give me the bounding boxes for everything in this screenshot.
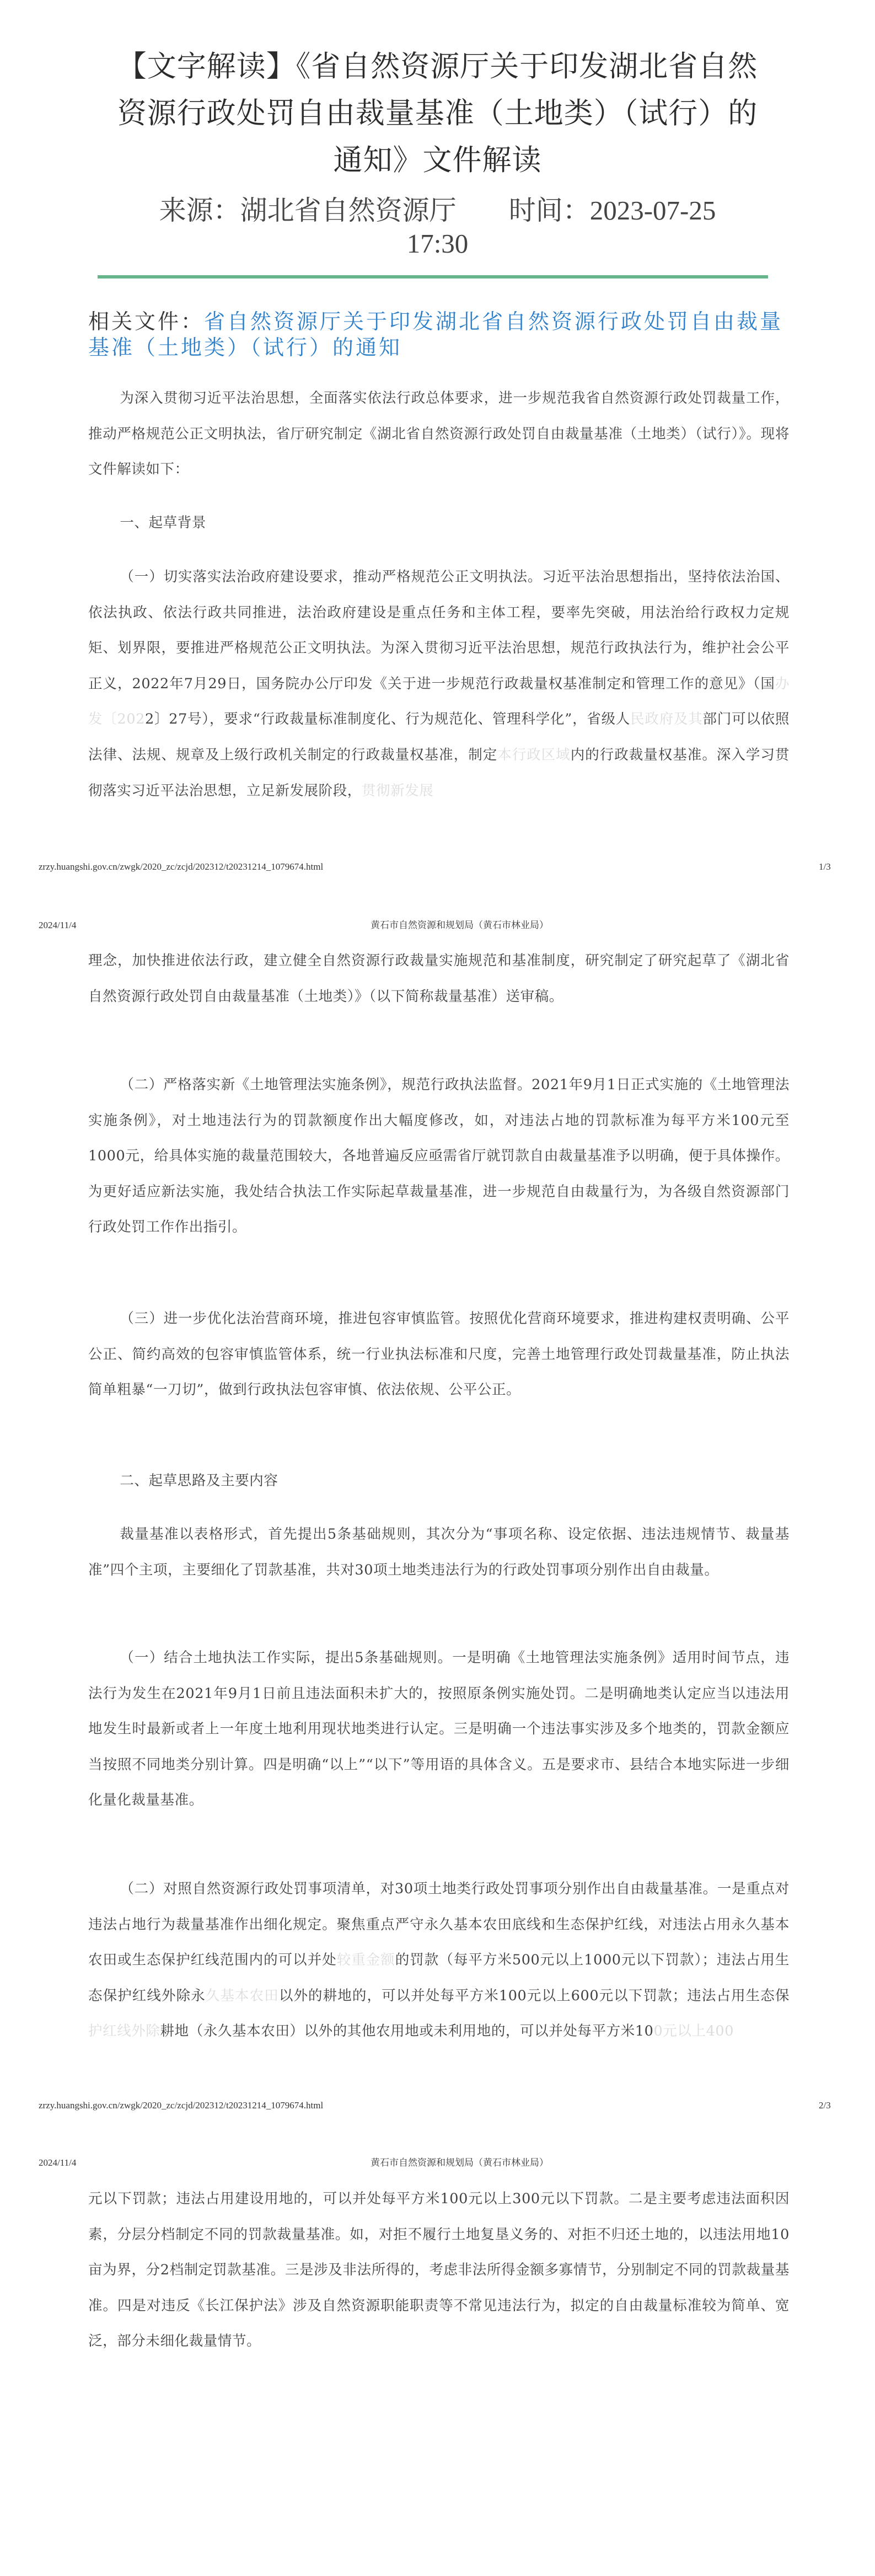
- title-divider: [98, 275, 768, 279]
- title-line-3: 通知》文件解读: [88, 137, 787, 184]
- time-date: 2023-07-25: [590, 195, 716, 226]
- related-file-label: 相关文件：: [88, 309, 204, 334]
- print-footer-url: zrzy.huangshi.gov.cn/zwgk/2020_zc/zcjd/2…: [39, 2100, 323, 2111]
- approach-paragraph: 裁量基准以表格形式，首先提出5条基础规则，其次分为“事项名称、设定依据、违法违规…: [88, 1517, 790, 1588]
- time-label: 时间：: [509, 195, 590, 226]
- related-file: 相关文件：省自然资源厅关于印发湖北省自然资源行政处罚自由裁量基准（土地类）（试行…: [88, 309, 791, 361]
- standards-paragraph: （二）对照自然资源行政处罚事项清单，对30项土地类行政处罚事项分别作出自由裁量基…: [88, 1871, 790, 2049]
- background-paragraph-1: （一）切实落实法治政府建设要求，推动严格规范公正文明执法。习近平法治思想指出，坚…: [88, 559, 790, 808]
- print-page-number: 1/3: [819, 861, 831, 872]
- print-page-number: 2/3: [819, 2100, 831, 2111]
- background-paragraph-2: （二）严格落实新《土地管理法实施条例》，规范行政执法监督。2021年9月1日正式…: [88, 1067, 790, 1245]
- intro-paragraph: 为深入贯彻习近平法治思想，全面落实依法行政总体要求，进一步规范我省自然资源行政处…: [88, 381, 790, 488]
- time-info: 时间：2023-07-25: [509, 194, 716, 227]
- print-footer-url: zrzy.huangshi.gov.cn/zwgk/2020_zc/zcjd/2…: [39, 861, 323, 872]
- print-header-site-title: 黄石市自然资源和规划局（黄石市林业局）: [371, 920, 549, 931]
- section-heading-2: 二、起草思路及主要内容: [88, 1463, 790, 1499]
- source-label: 来源：: [159, 195, 240, 226]
- time-clock: 17:30: [407, 228, 469, 259]
- standards-paragraph-continued: 元以下罚款；违法占用建设用地的，可以并处每平方米100元以上300元以下罚款。二…: [88, 2181, 790, 2359]
- title-line-2: 资源行政处罚自由裁量基准（土地类）（试行）的: [88, 90, 787, 137]
- background-paragraph-1-continued: 理念，加快推进依法行政，建立健全自然资源行政裁量实施规范和基准制度，研究制定了研…: [88, 943, 790, 1014]
- document-title: 【文字解读】《省自然资源厅关于印发湖北省自然 资源行政处罚自由裁量基准（土地类）…: [88, 43, 787, 184]
- source-value: 湖北省自然资源厅: [240, 195, 457, 226]
- rules-paragraph: （一）结合土地执法工作实际，提出5条基础规则。一是明确《土地管理法实施条例》适用…: [88, 1640, 790, 1818]
- print-header-date: 2024/11/4: [39, 920, 76, 931]
- background-paragraph-3: （三）进一步优化法治营商环境，推进包容审慎监管。按照优化营商环境要求，推进构建权…: [88, 1301, 790, 1408]
- print-header-date: 2024/11/4: [39, 2157, 76, 2168]
- article-meta: 来源：湖北省自然资源厅时间：2023-07-25 17:30: [88, 194, 787, 260]
- section-heading-1: 一、起草背景: [88, 505, 790, 541]
- source-info: 来源：湖北省自然资源厅: [159, 194, 457, 227]
- print-header-site-title: 黄石市自然资源和规划局（黄石市林业局）: [371, 2157, 549, 2168]
- title-line-1: 【文字解读】《省自然资源厅关于印发湖北省自然: [88, 43, 787, 90]
